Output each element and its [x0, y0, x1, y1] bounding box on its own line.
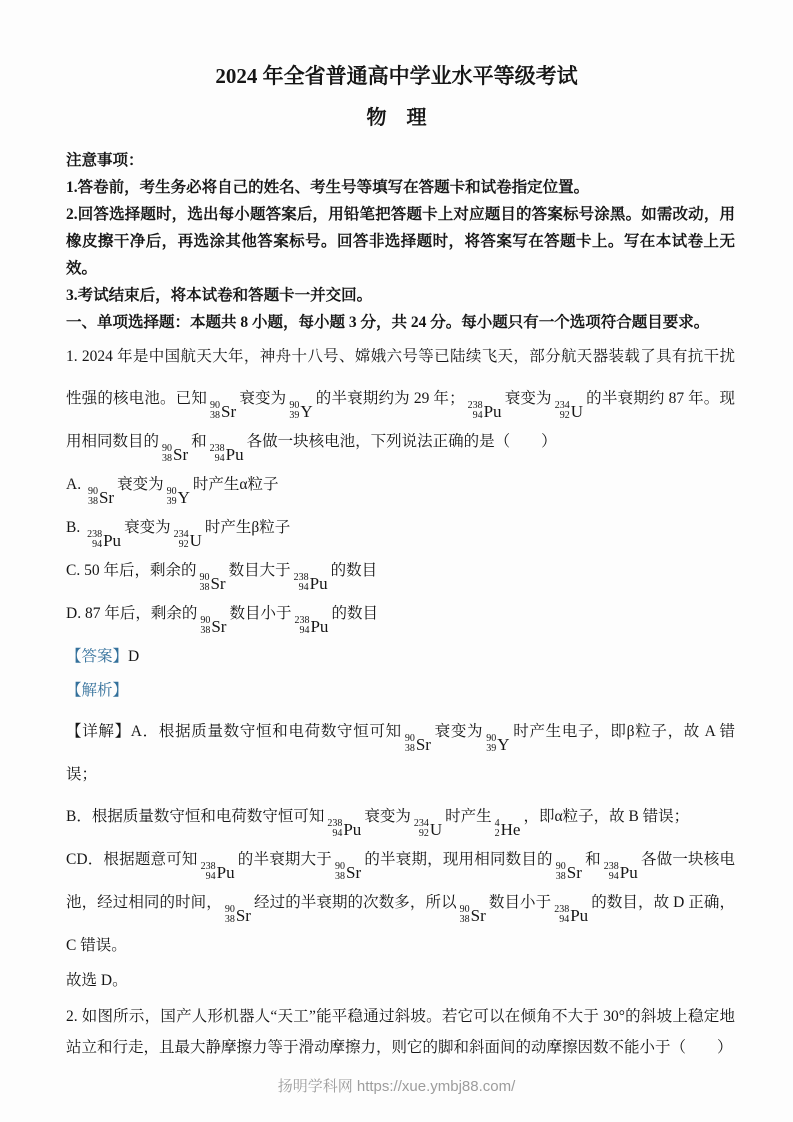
nuclide-pu-238: 23894Pu	[554, 905, 588, 925]
nuclide-u-234: 23492U	[174, 530, 202, 550]
nuclide-sr-90: 9038Sr	[199, 573, 225, 593]
nuclide-sr-90: 9038Sr	[225, 905, 251, 925]
nuclide-pu-238: 23894Pu	[604, 862, 638, 882]
nuclide-pu-238: 23894Pu	[294, 616, 328, 636]
notice-item-1: 1.答卷前，考生务必将自己的姓名、考生号等填写在答题卡和试卷指定位置。	[66, 174, 735, 201]
nuclide-pu-238: 23894Pu	[201, 862, 235, 882]
question-1-option-b: B. 23894Pu衰变为23492U时产生β粒子	[66, 507, 735, 550]
nuclide-sr-90: 9038Sr	[200, 616, 226, 636]
notice-item-3: 3.考试结束后，将本试卷和答题卡一并交回。	[66, 282, 735, 309]
nuclide-u-234: 23492U	[555, 401, 583, 421]
question-1-option-c: C. 50 年后，剩余的9038Sr数目大于23894Pu的数目	[66, 550, 735, 593]
question-1-option-d: D. 87 年后，剩余的9038Sr数目小于23894Pu的数目	[66, 593, 735, 636]
nuclide-pu-238: 23894Pu	[210, 444, 244, 464]
question-1-option-a: A. 9038Sr衰变为9039Y时产生α粒子	[66, 464, 735, 507]
nuclide-he-4: 42He	[495, 819, 521, 839]
question-1-stem: 1. 2024 年是中国航天大年，神舟十八号、嫦娥六号等已陆续飞天，部分航天器装…	[66, 336, 735, 464]
answer-value: D	[128, 648, 139, 665]
nuclide-u-234: 23492U	[414, 819, 442, 839]
page-title: 2024 年全省普通高中学业水平等级考试	[0, 62, 793, 90]
exam-page: 2024 年全省普通高中学业水平等级考试 物 理 注意事项：1.答卷前，考生务必…	[0, 0, 793, 1122]
nuclide-pu-238: 23894Pu	[87, 530, 121, 550]
notice-item-2: 2.回答选择题时，选出每小题答案后，用铅笔把答题卡上对应题目的答案标号涂黑。如需…	[66, 201, 735, 282]
nuclide-y-90: 9039Y	[486, 734, 509, 754]
question-1-explanation-b: B．根据质量数守恒和电荷数守恒可知23894Pu衰变为23492U时产生42He…	[66, 796, 735, 839]
exam-header: 2024 年全省普通高中学业水平等级考试 物 理	[0, 0, 793, 131]
question-2-stem: 2. 如图所示，国产人形机器人“天工”能平稳通过斜坡。若它可以在倾角不大于 30…	[66, 1001, 735, 1063]
nuclide-sr-90: 9038Sr	[162, 444, 188, 464]
question-1-analysis-label: 【解析】	[66, 677, 735, 704]
notice-heading: 注意事项：	[66, 147, 735, 174]
nuclide-sr-90: 9038Sr	[460, 905, 486, 925]
answer-label: 【答案】	[66, 648, 128, 665]
nuclide-sr-90: 9038Sr	[210, 401, 236, 421]
nuclide-sr-90: 9038Sr	[556, 862, 582, 882]
nuclide-y-90: 9039Y	[289, 401, 312, 421]
page-subject: 物 理	[0, 105, 793, 131]
analysis-label: 【解析】	[66, 682, 128, 699]
page-footer: 扬明学科网 https://xue.ymbj88.com/	[0, 1075, 793, 1096]
nuclide-sr-90: 9038Sr	[88, 487, 114, 507]
question-1-explanation-cd: CD．根据题意可知23894Pu的半衰期大于9038Sr的半衰期，现用相同数目的…	[66, 839, 735, 967]
exam-content: 注意事项：1.答卷前，考生务必将自己的姓名、考生号等填写在答题卡和试卷指定位置。…	[66, 147, 735, 1063]
nuclide-pu-238: 23894Pu	[294, 573, 328, 593]
nuclide-pu-238: 23894Pu	[468, 401, 502, 421]
question-1-explanation-a: 【详解】A．根据质量数守恒和电荷数守恒可知9038Sr衰变为9039Y时产生电子…	[66, 711, 735, 796]
section-1-heading: 一、单项选择题：本题共 8 小题，每小题 3 分，共 24 分。每小题只有一个选…	[66, 309, 735, 336]
footer-watermark: 扬明学科网 https://xue.ymbj88.com/	[278, 1078, 516, 1095]
question-1-answer: 【答案】D	[66, 643, 735, 670]
nuclide-sr-90: 9038Sr	[335, 862, 361, 882]
nuclide-sr-90: 9038Sr	[405, 734, 431, 754]
nuclide-pu-238: 23894Pu	[327, 819, 361, 839]
question-1-conclusion: 故选 D。	[66, 967, 735, 994]
nuclide-y-90: 9039Y	[167, 487, 190, 507]
